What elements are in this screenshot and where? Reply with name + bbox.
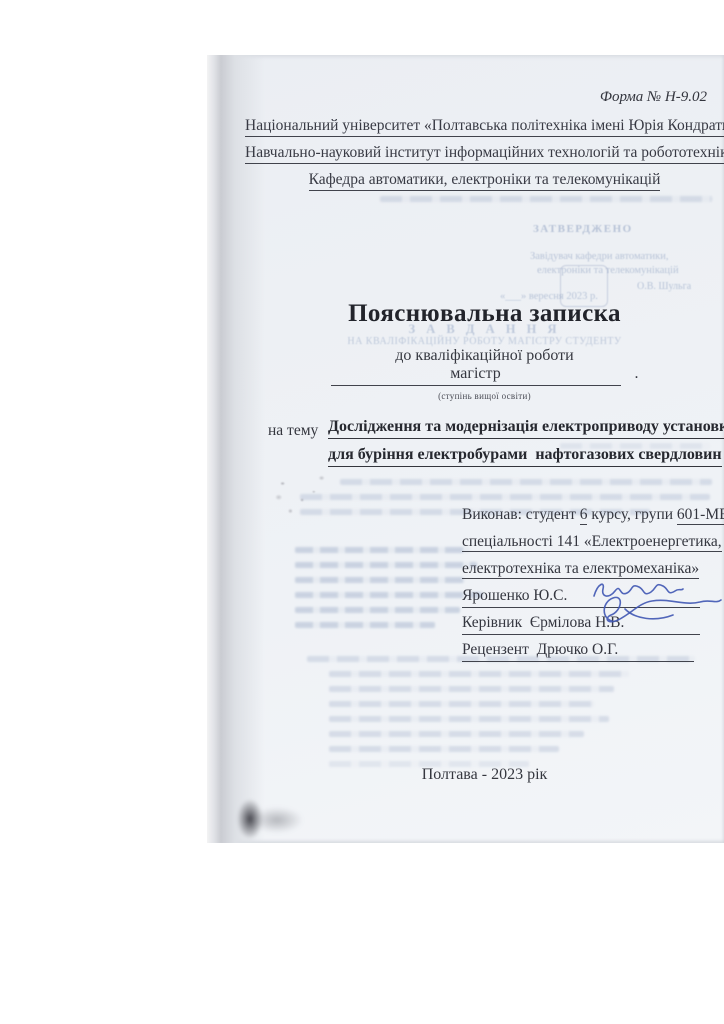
topic-title-line-2: для буріння електробурами нафтогазових с… [328, 446, 722, 464]
specialty-line-2: електротехніка та електромеханіка» [462, 560, 699, 577]
scan-background: { "doc": { "form_number": "Форма № Н-9.0… [0, 0, 724, 1024]
bleed-task-subtitle: НА КВАЛІФІКАЦІЙНУ РОБОТУ МАГІСТРУ СТУДЕН… [245, 336, 724, 347]
executor-middle: курсу, групи [587, 506, 676, 523]
specialty-line-1-text: спеціальності 141 «Електроенергетика, [462, 533, 722, 552]
institute-name: Навчально-науковий інститут інформаційни… [245, 144, 724, 162]
department-name: Кафедра автоматики, електроніки та телек… [245, 171, 724, 189]
specialty-line-1: спеціальності 141 «Електроенергетика, [462, 533, 722, 550]
department-name-text: Кафедра автоматики, електроніки та телек… [309, 171, 661, 191]
group-number: 601-МЕ [677, 506, 724, 525]
document-title: Пояснювальна записка [245, 300, 724, 328]
university-name-text: Національний університет «Полтавська пол… [245, 117, 724, 137]
executor-prefix: Виконав: студент [462, 506, 580, 523]
form-number: Форма № Н-9.02 [600, 89, 707, 106]
degree-field: магістр [331, 365, 621, 386]
reviewer-line: Рецензент Дрючко О.Г. [462, 641, 694, 662]
degree-row: магістр. [245, 365, 724, 386]
topic-label: на тему [268, 422, 318, 440]
supervisor-signature [597, 591, 723, 629]
page-content: Форма № Н-9.02 Національний університет … [245, 55, 724, 843]
city-year-line: Полтава - 2023 рік [245, 766, 724, 784]
university-name: Національний університет «Полтавська пол… [245, 117, 724, 135]
institute-name-text: Навчально-науковий інститут інформаційни… [245, 144, 724, 164]
degree-period: . [635, 365, 639, 382]
document-page: ЗАТВЕРДЖЕНО Завідувач кафедри автоматики… [207, 55, 724, 843]
topic-title-line-1-text: Дослідження та модернізація електроприво… [328, 418, 724, 439]
topic-title-line-2-text: для буріння електробурами нафтогазових с… [328, 446, 722, 467]
executor-line: Виконав: студент 6 курсу, групи 601-МЕ [462, 506, 724, 523]
degree-caption: (ступінь вищої освіти) [245, 391, 724, 401]
topic-title-line-1: Дослідження та модернізація електроприво… [328, 418, 724, 436]
work-type-line: до кваліфікаційної роботи [245, 347, 724, 365]
